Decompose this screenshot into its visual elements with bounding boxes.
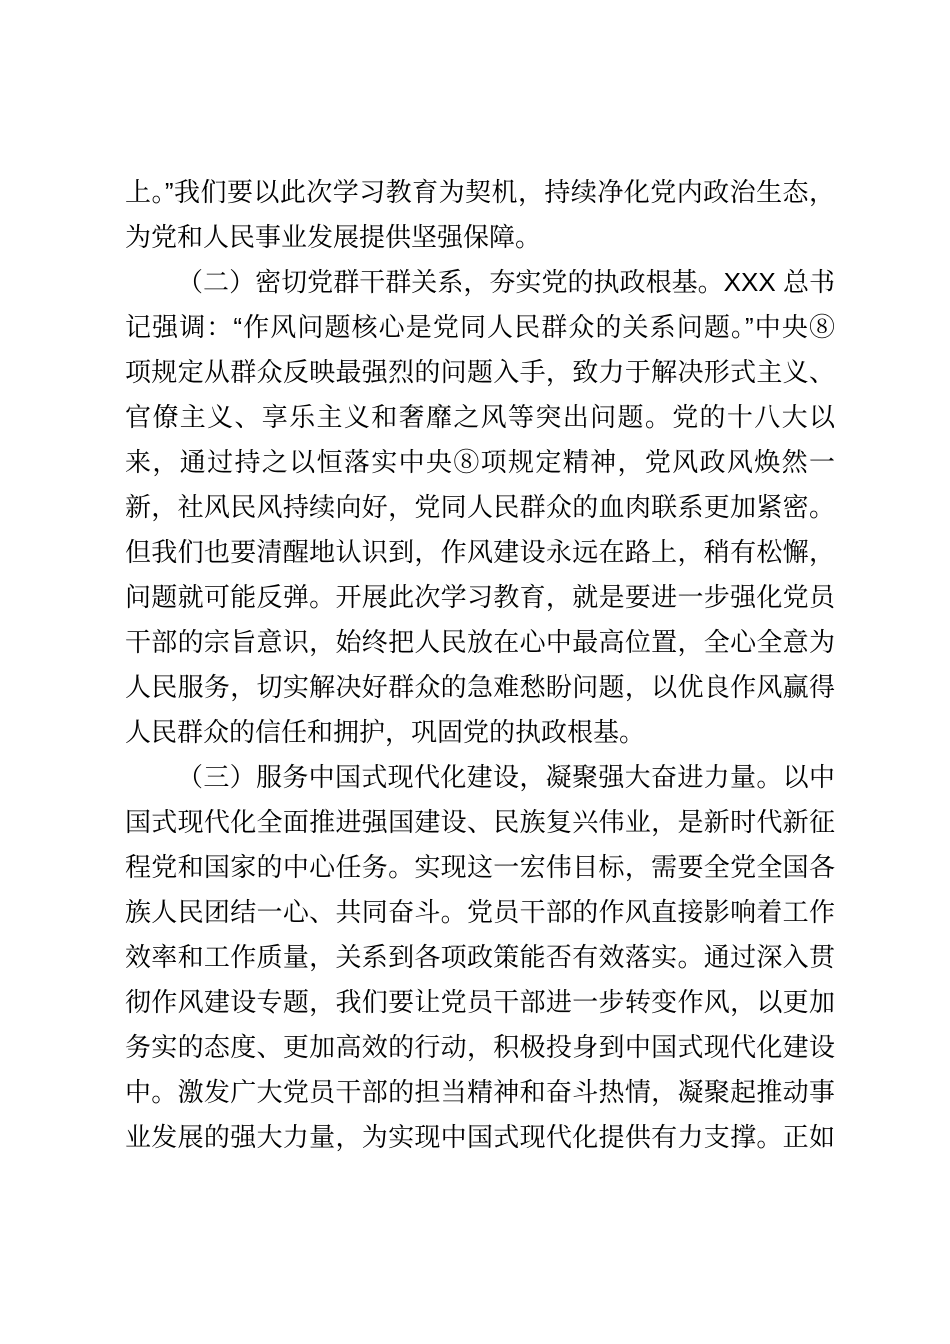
text-line: 干部的宗旨意识，始终把人民放在心中最高位置，全心全意为: [125, 620, 835, 665]
text-line: 业发展的强大力量，为实现中国式现代化提供有力支撑。正如: [125, 1115, 835, 1160]
text-line: 项规定从群众反映最强烈的问题入手，致力于解决形式主义、: [125, 350, 835, 395]
text-line: 中。激发广大党员干部的担当精神和奋斗热情，凝聚起推动事: [125, 1070, 835, 1115]
paragraph-section-two: （二）密切党群干群关系，夯实党的执政根基。XXX 总书记强调：“作风问题核心是党…: [125, 260, 835, 755]
text-line: 国式现代化全面推进强国建设、民族复兴伟业，是新时代新征: [125, 800, 835, 845]
text-line: 但我们也要清醒地认识到，作风建设永远在路上，稍有松懈，: [125, 530, 835, 575]
paragraph-continuation: 上。”我们要以此次学习教育为契机，持续净化党内政治生态，为党和人民事业发展提供坚…: [125, 170, 835, 260]
text-line: 来，通过持之以恒落实中央⑧项规定精神，党风政风焕然一: [125, 440, 835, 485]
document-text-block: 上。”我们要以此次学习教育为契机，持续净化党内政治生态，为党和人民事业发展提供坚…: [125, 170, 835, 1160]
text-line: 人民群众的信任和拥护，巩固党的执政根基。: [125, 710, 835, 755]
text-line: 彻作风建设专题，我们要让党员干部进一步转变作风，以更加: [125, 980, 835, 1025]
text-line: 新，社风民风持续向好，党同人民群众的血肉联系更加紧密。: [125, 485, 835, 530]
text-line: 记强调：“作风问题核心是党同人民群众的关系问题。”中央⑧: [125, 305, 835, 350]
text-line: 族人民团结一心、共同奋斗。党员干部的作风直接影响着工作: [125, 890, 835, 935]
text-line: 问题就可能反弹。开展此次学习教育，就是要进一步强化党员: [125, 575, 835, 620]
document-page: 上。”我们要以此次学习教育为契机，持续净化党内政治生态，为党和人民事业发展提供坚…: [0, 0, 950, 1344]
text-line: 上。”我们要以此次学习教育为契机，持续净化党内政治生态，: [125, 170, 835, 215]
text-line: 为党和人民事业发展提供坚强保障。: [125, 215, 835, 260]
text-line: 务实的态度、更加高效的行动，积极投身到中国式现代化建设: [125, 1025, 835, 1070]
text-line: 人民服务，切实解决好群众的急难愁盼问题，以优良作风赢得: [125, 665, 835, 710]
paragraph-section-three: （三）服务中国式现代化建设，凝聚强大奋进力量。以中国式现代化全面推进强国建设、民…: [125, 755, 835, 1160]
text-line: 程党和国家的中心任务。实现这一宏伟目标，需要全党全国各: [125, 845, 835, 890]
text-line: 官僚主义、享乐主义和奢靡之风等突出问题。党的十八大以: [125, 395, 835, 440]
text-line: （二）密切党群干群关系，夯实党的执政根基。XXX 总书: [125, 260, 835, 305]
text-line: 效率和工作质量，关系到各项政策能否有效落实。通过深入贯: [125, 935, 835, 980]
text-line: （三）服务中国式现代化建设，凝聚强大奋进力量。以中: [125, 755, 835, 800]
